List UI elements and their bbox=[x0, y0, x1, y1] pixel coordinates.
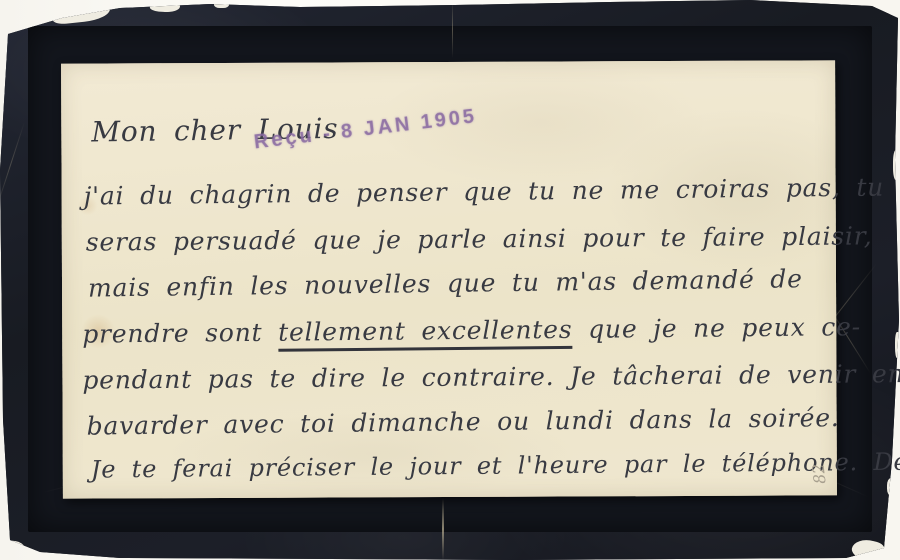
letter-line: pendant pas te dire le contraire. Je tâc… bbox=[82, 359, 900, 394]
torn-edge bbox=[874, 0, 894, 9]
letter-line: mais enfin les nouvelles que tu m'as dem… bbox=[88, 264, 803, 302]
line-text: prendre sont bbox=[82, 318, 278, 349]
letter-line: Je te ferai préciser le jour et l'heure … bbox=[91, 448, 900, 484]
crease-line bbox=[0, 122, 25, 208]
torn-edge bbox=[51, 0, 111, 25]
line-text: que je ne peux ce- bbox=[572, 312, 861, 344]
letter-line: prendre sont tellement excellentes que j… bbox=[82, 312, 861, 348]
pencil-inventory-number: 82 bbox=[808, 463, 829, 485]
letter-line: j'ai du chagrin de penser que tu ne me c… bbox=[83, 173, 884, 211]
torn-edge bbox=[887, 478, 897, 496]
torn-edge bbox=[214, 0, 229, 8]
torn-edge bbox=[850, 536, 886, 560]
torn-edge bbox=[895, 332, 900, 358]
underlined-phrase: tellement excellentes bbox=[278, 315, 573, 352]
letter-line: seras persuadé que je parle ainsi pour t… bbox=[86, 221, 873, 256]
torn-edge bbox=[150, 0, 181, 13]
photo-background: Mon cher Louis Reçu - 8 JAN 1905 j'ai du… bbox=[0, 0, 900, 560]
letter-paper: Mon cher Louis Reçu - 8 JAN 1905 j'ai du… bbox=[61, 60, 837, 498]
letter-line: bavarder avec toi dimanche ou lundi dans… bbox=[86, 403, 839, 441]
torn-edge bbox=[0, 537, 29, 560]
torn-edge bbox=[893, 150, 900, 180]
